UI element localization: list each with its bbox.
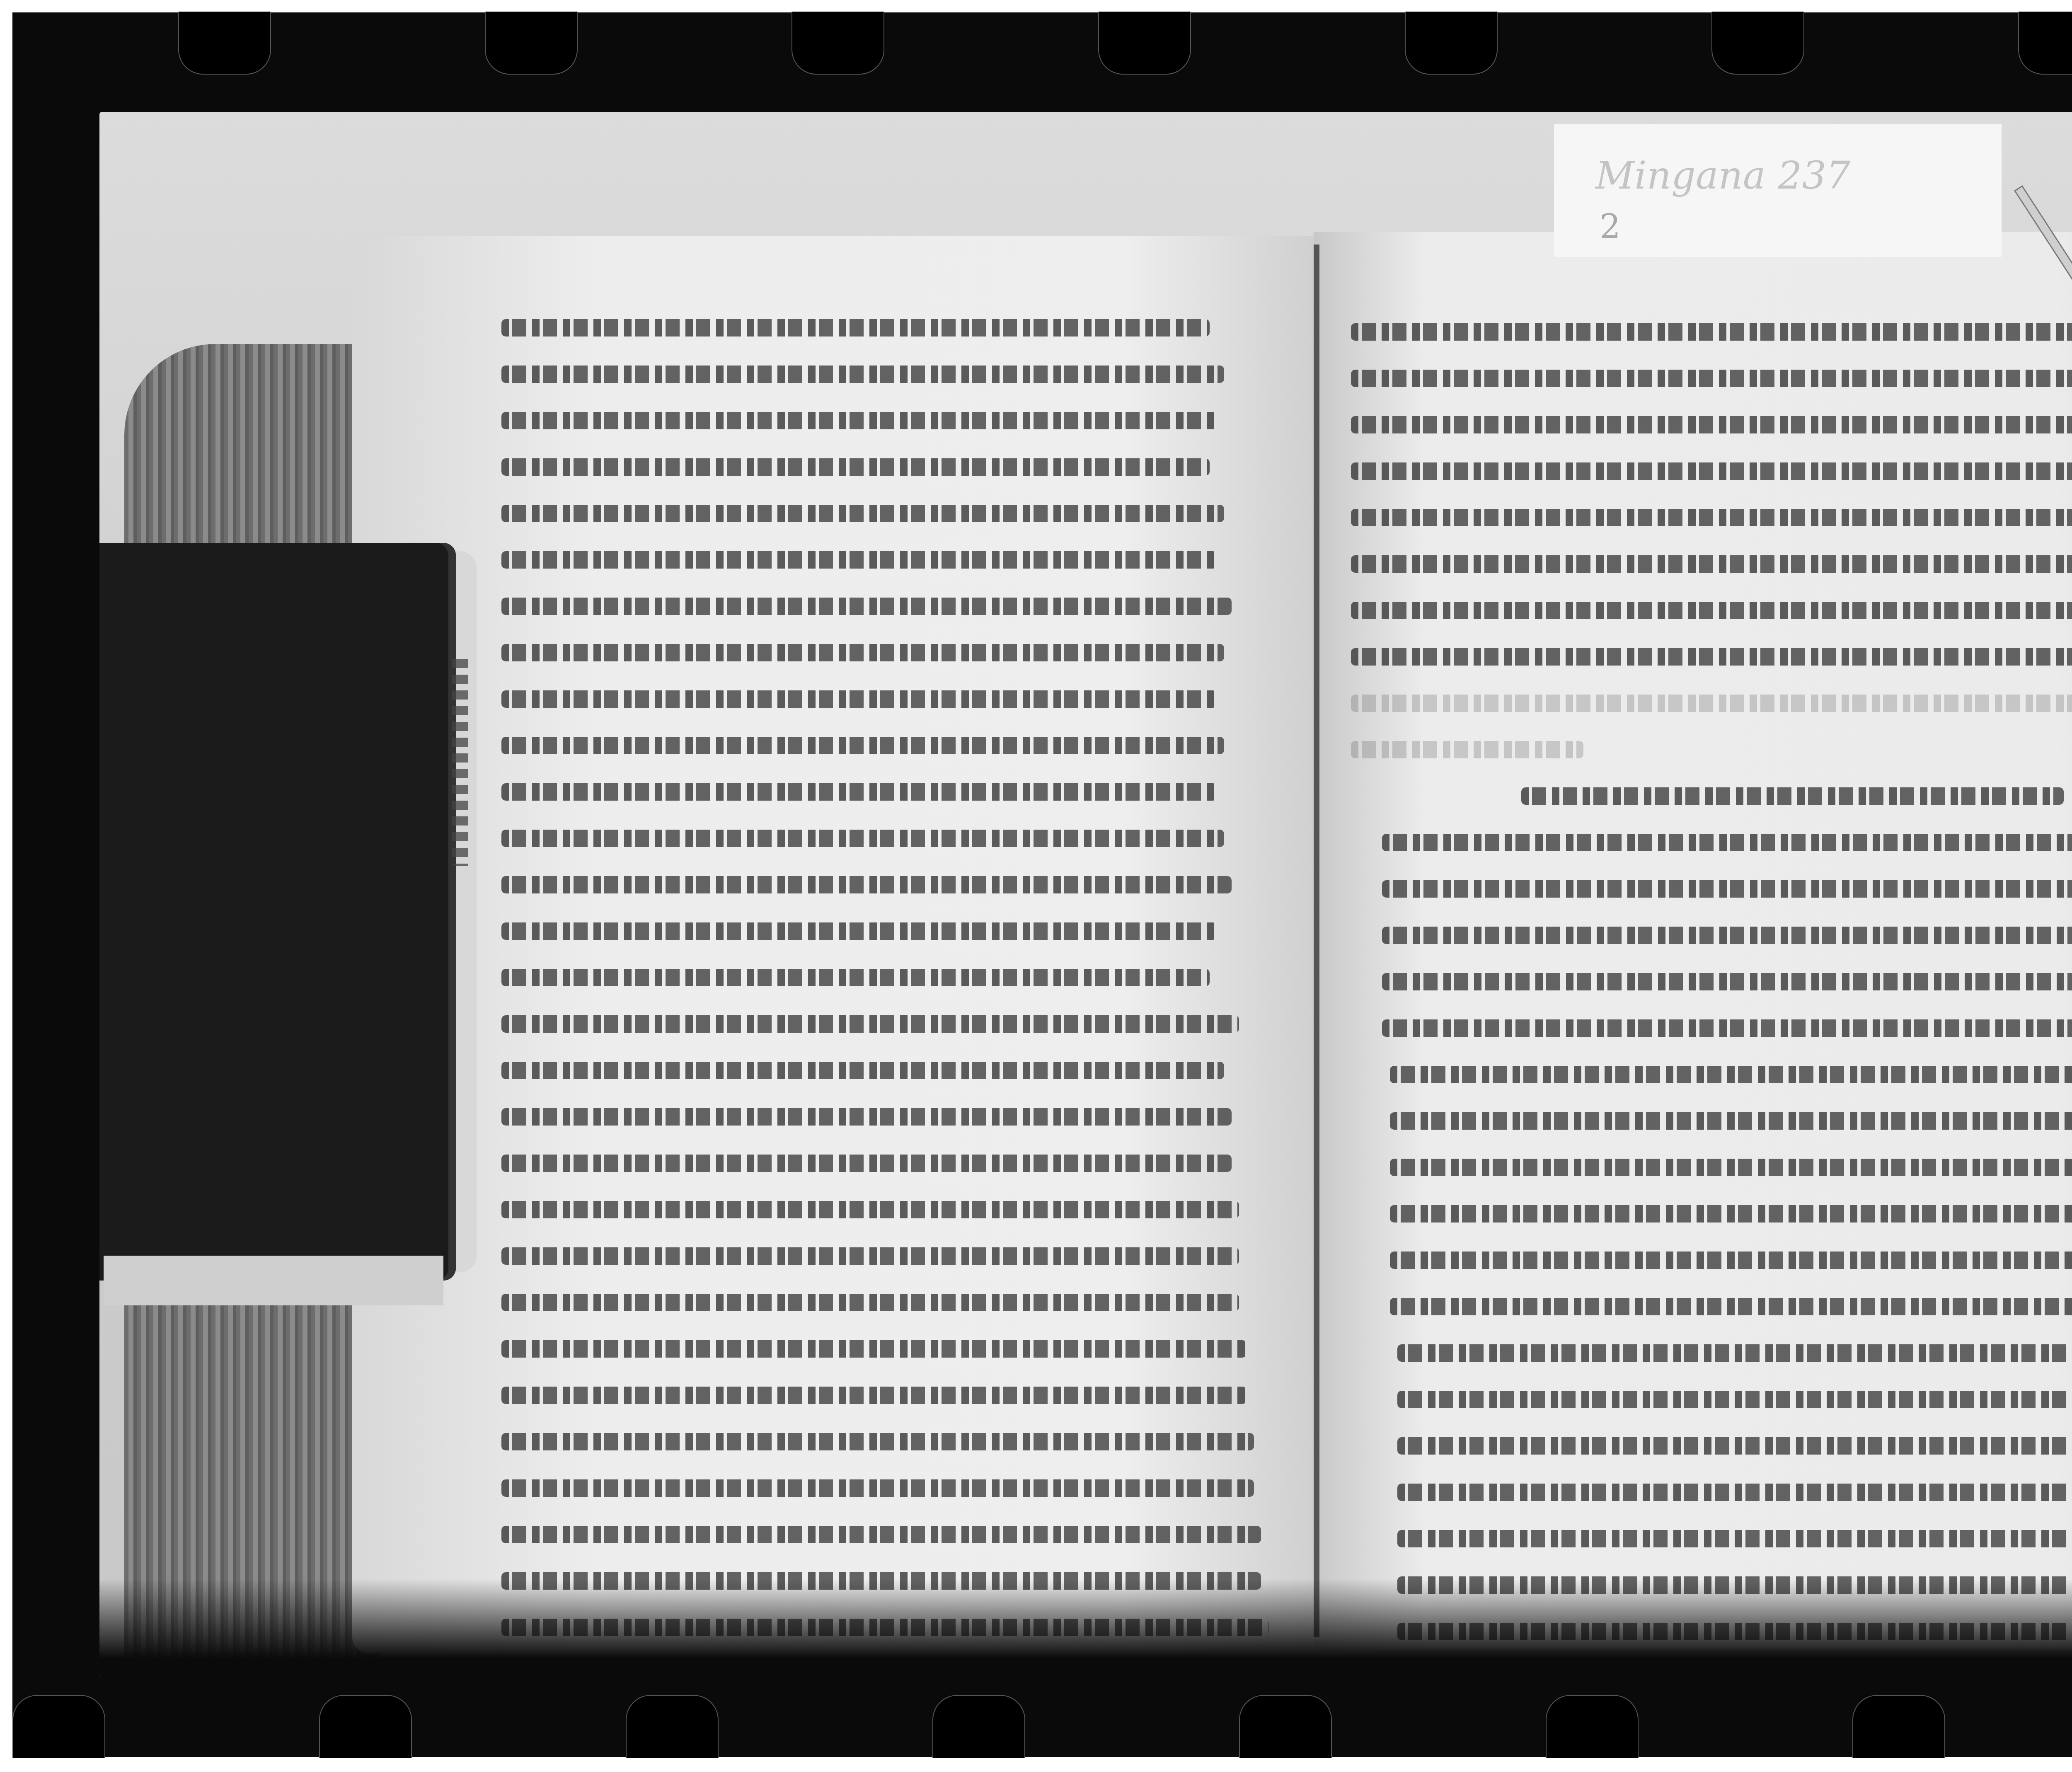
- text-line: [501, 1108, 1232, 1126]
- text-line: [1390, 1066, 2072, 1083]
- text-line: [1390, 1159, 2072, 1176]
- text-line: [501, 551, 1217, 569]
- text-line: [1351, 555, 2072, 573]
- text-line: [501, 969, 1210, 986]
- shelfmark-label: Mingana 237 2: [1554, 124, 2002, 257]
- rubric-line: [1351, 695, 2072, 712]
- text-line: [501, 1387, 1247, 1404]
- text-line: [501, 644, 1224, 661]
- text-line: [501, 690, 1217, 708]
- text-line: [1351, 462, 2072, 480]
- photo-frame: Mingana 237 2: [99, 112, 2072, 1678]
- text-line: [501, 1433, 1254, 1450]
- sprocket-hole: [932, 1695, 1025, 1758]
- text-line: [501, 1201, 1239, 1218]
- gutter: [1314, 244, 1319, 1637]
- text-line: [501, 1526, 1261, 1543]
- bottom-shadow: [99, 1579, 2072, 1678]
- rubric-line: [1351, 741, 1583, 758]
- sprocket-hole: [1711, 12, 1804, 75]
- text-line: [501, 1247, 1239, 1265]
- text-line: [1382, 927, 2072, 944]
- left-page-text: [501, 319, 1239, 1665]
- text-line: [1397, 1437, 2072, 1455]
- sprocket-hole: [1546, 1695, 1639, 1758]
- text-line: [501, 1479, 1254, 1497]
- text-line: [501, 1015, 1239, 1033]
- sprocket-hole: [2018, 12, 2072, 75]
- text-line: [1382, 1019, 2072, 1037]
- text-line: [1351, 602, 2072, 619]
- sprocket-hole: [1239, 1695, 1332, 1758]
- text-line: [1351, 323, 2072, 341]
- text-line: [1382, 973, 2072, 990]
- text-line: [1390, 1112, 2072, 1130]
- text-line: [1351, 648, 2072, 666]
- text-line: [501, 458, 1210, 476]
- text-line: [501, 830, 1224, 847]
- text-line: [1382, 880, 2072, 898]
- right-page-text: [1351, 323, 2072, 1678]
- sprocket-hole: [792, 12, 884, 75]
- small-book-lower-edge: [104, 1256, 443, 1305]
- sprocket-hole: [178, 12, 271, 75]
- text-line: [1351, 370, 2072, 387]
- text-line: [501, 1340, 1247, 1358]
- text-line: [1390, 1252, 2072, 1269]
- sprocket-hole: [485, 12, 578, 75]
- text-line: [1390, 1205, 2072, 1222]
- text-line: [501, 505, 1224, 522]
- microfilm-strip: Mingana 237 2: [12, 12, 2072, 1757]
- text-line: [1397, 1344, 2072, 1362]
- text-line: [501, 876, 1232, 893]
- text-line: [1521, 787, 2064, 805]
- folio-number: 2: [1600, 207, 1621, 246]
- text-line: [1397, 1530, 2072, 1547]
- text-line: [1351, 509, 2072, 526]
- text-line: [1397, 1391, 2072, 1408]
- sprocket-hole: [1098, 12, 1191, 75]
- shelfmark-text: Mingana 237: [1595, 153, 1851, 198]
- text-line: [501, 366, 1224, 383]
- text-line: [501, 412, 1217, 429]
- text-line: [501, 598, 1232, 615]
- marginal-annotation: [452, 659, 468, 866]
- text-line: [501, 1294, 1239, 1311]
- text-line: [501, 783, 1217, 801]
- sprocket-hole: [319, 1695, 412, 1758]
- text-line: [501, 737, 1224, 754]
- sprocket-hole: [12, 1695, 105, 1758]
- sprocket-hole: [626, 1695, 719, 1758]
- sprocket-hole: [1405, 12, 1498, 75]
- text-line: [501, 922, 1217, 940]
- small-closed-book: [99, 543, 456, 1281]
- text-line: [501, 1062, 1224, 1079]
- sprocket-hole: [1852, 1695, 1945, 1758]
- text-line: [1397, 1484, 2072, 1501]
- text-line: [1390, 1298, 2072, 1315]
- text-line: [1382, 834, 2072, 851]
- text-line: [501, 1155, 1232, 1172]
- text-line: [1351, 416, 2072, 433]
- text-line: [501, 319, 1210, 336]
